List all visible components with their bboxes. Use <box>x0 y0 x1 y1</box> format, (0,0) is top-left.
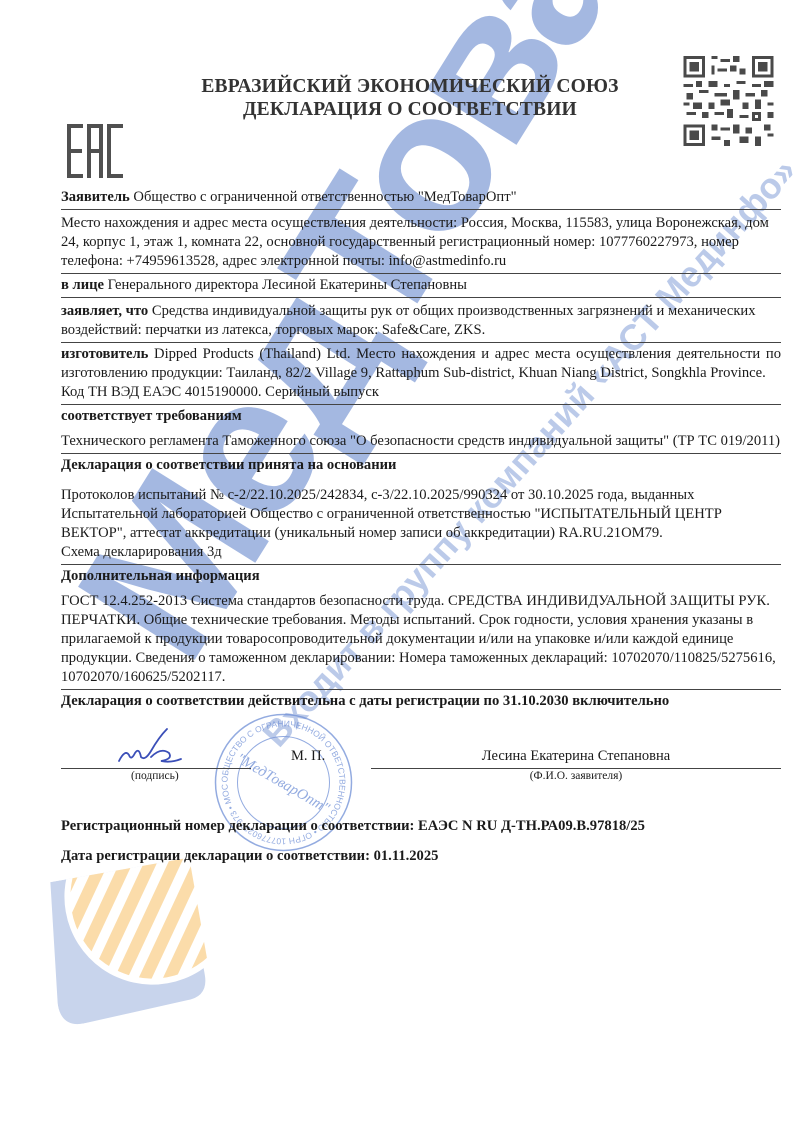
declares-label: заявляет, что <box>61 303 148 319</box>
declaration-body: Заявитель Общество с ограниченной ответс… <box>61 186 781 713</box>
represented-row: в лице Генерального директора Лесиной Ек… <box>61 274 781 298</box>
name-caption: (Ф.И.О. заявителя) <box>371 770 781 782</box>
name-line <box>371 768 781 769</box>
basis-label: Декларация о соответствии принята на осн… <box>61 457 396 473</box>
signatory-name: Лесина Екатерина Степановна <box>371 748 781 765</box>
manufacturer-label: изготовитель <box>61 346 148 362</box>
conforms-row: Технического регламента Таможенного союз… <box>61 428 781 454</box>
basis-row: Протоколов испытаний № с-2/22.10.2025/24… <box>61 477 781 565</box>
qr-code-icon[interactable] <box>681 56 776 146</box>
eac-mark-icon <box>67 124 123 178</box>
conforms-label: соответствует требованиям <box>61 408 242 424</box>
registration-date: Дата регистрации декларации о соответств… <box>61 848 438 865</box>
applicant-row: Заявитель Общество с ограниченной ответс… <box>61 186 781 210</box>
manufacturer-row: изготовитель Dipped Products (Thailand) … <box>61 343 781 405</box>
address-value: Место нахождения и адрес места осуществл… <box>61 215 769 269</box>
title-declaration: ДЕКЛАРАЦИЯ О СООТВЕТСТВИИ <box>150 98 670 121</box>
basis-value: Протоколов испытаний № с-2/22.10.2025/24… <box>61 486 781 543</box>
signature-caption: (подпись) <box>131 770 179 782</box>
basis-heading-row: Декларация о соответствии принята на осн… <box>61 454 781 477</box>
declaration-scheme: Схема декларирования 3д <box>61 543 781 562</box>
additional-heading-row: Дополнительная информация <box>61 565 781 588</box>
conforms-heading-row: соответствует требованиям <box>61 405 781 428</box>
validity-row: Декларация о соответствии действительна … <box>61 690 781 713</box>
address-row: Место нахождения и адрес места осуществл… <box>61 210 781 274</box>
registration-number: Регистрационный номер декларации о соотв… <box>61 818 645 835</box>
declares-row: заявляет, что Средства индивидуальной за… <box>61 298 781 343</box>
signature-line <box>61 768 251 769</box>
additional-row: ГОСТ 12.4.252-2013 Система стандартов бе… <box>61 588 781 690</box>
conforms-value: Технического регламента Таможенного союз… <box>61 433 780 449</box>
manufacturer-value: Dipped Products (Thailand) Ltd. Место на… <box>61 346 781 381</box>
signature-icon <box>111 727 191 769</box>
represented-value: Генерального директора Лесиной Екатерины… <box>104 277 467 293</box>
stamp-place-label: М. П. <box>291 748 325 765</box>
applicant-label: Заявитель <box>61 189 130 205</box>
represented-label: в лице <box>61 277 104 293</box>
additional-label: Дополнительная информация <box>61 568 260 584</box>
document-title: ЕВРАЗИЙСКИЙ ЭКОНОМИЧЕСКИЙ СОЮЗ ДЕКЛАРАЦИ… <box>150 75 670 121</box>
additional-value: ГОСТ 12.4.252-2013 Система стандартов бе… <box>61 593 776 685</box>
applicant-value: Общество с ограниченной ответственностью… <box>130 189 517 205</box>
signature-block: ОБЩЕСТВО С ОГРАНИЧЕННОЙ ОТВЕТСТВЕННОСТЬЮ… <box>61 725 781 785</box>
hs-code: Код ТН ВЭД ЕАЭС 4015190000. Серийный вып… <box>61 383 781 402</box>
declares-value: Средства индивидуальной защиты рук от об… <box>61 303 756 338</box>
validity-text: Декларация о соответствии действительна … <box>61 693 669 709</box>
title-union: ЕВРАЗИЙСКИЙ ЭКОНОМИЧЕСКИЙ СОЮЗ <box>150 75 670 98</box>
